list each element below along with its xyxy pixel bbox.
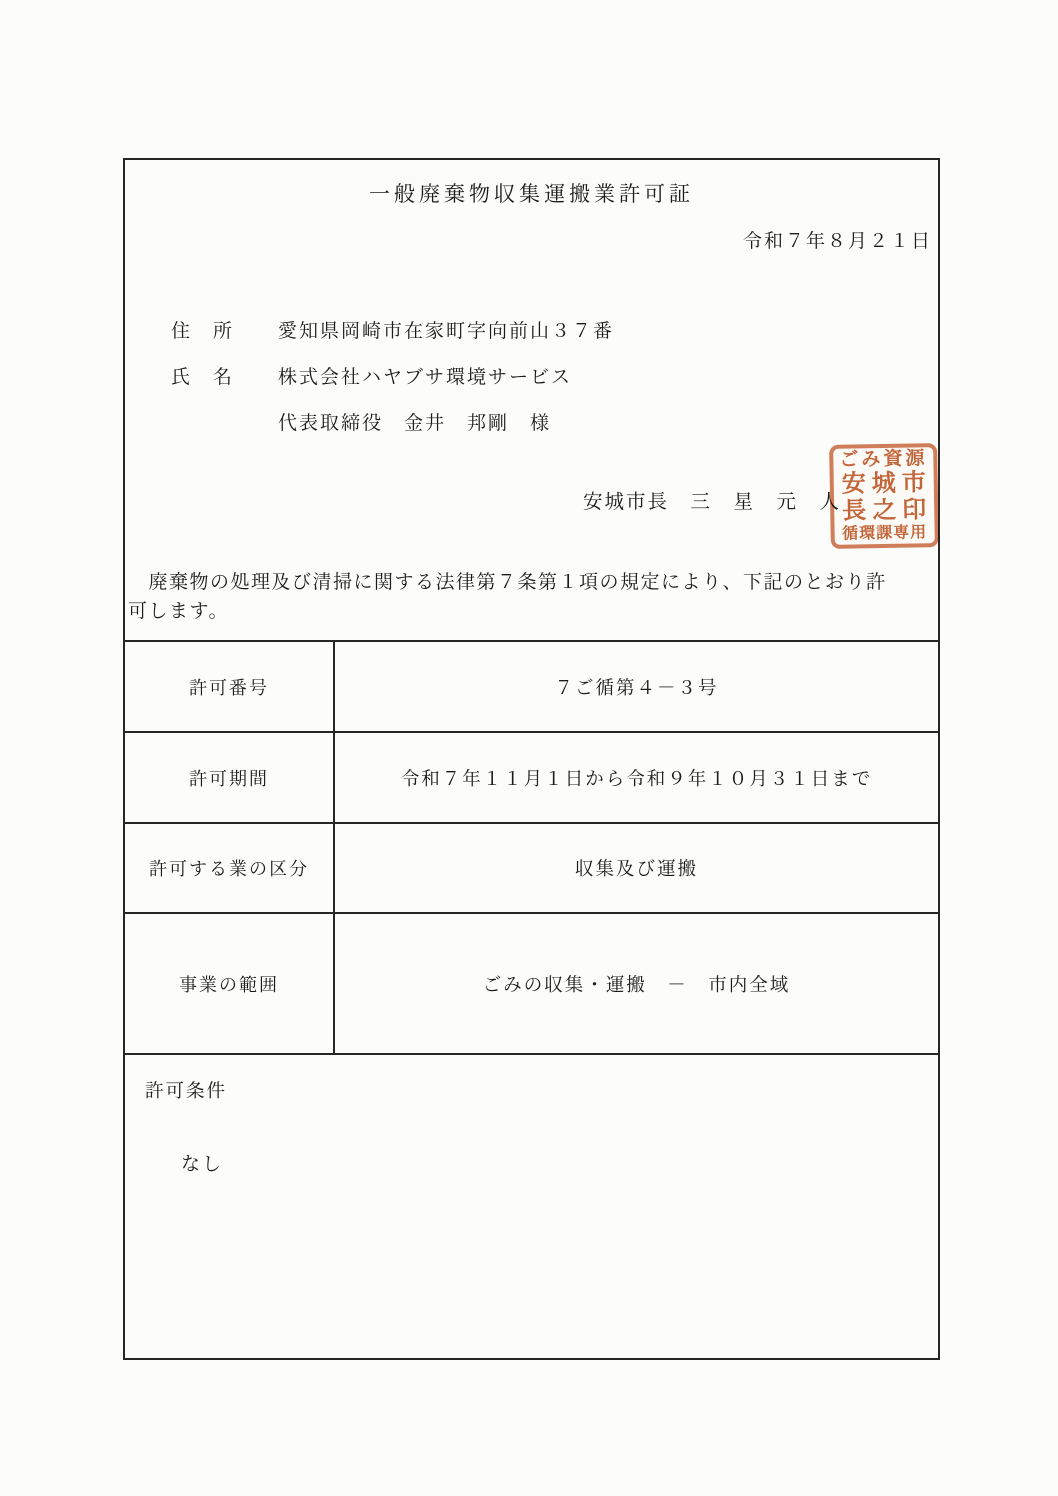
legal-basis-paragraph: 廃棄物の処理及び清掃に関する法律第７条第１項の規定により、下記のとおり許 可しま…: [128, 568, 934, 627]
table-row-permit-period: 許可期間 令和７年１１月１日から令和９年１０月３１日まで: [125, 731, 938, 822]
permit-conditions-value: なし: [181, 1149, 223, 1176]
mayor-signature-line: 安城市長 三 星 元 人: [583, 486, 841, 514]
business-category-label: 許可する業の区分: [125, 824, 335, 912]
permit-certificate-frame: 一般廃棄物収集運搬業許可証 令和７年８月２１日 住 所 愛知県岡崎市在家町字向前…: [123, 158, 940, 1360]
business-scope-label: 事業の範囲: [125, 914, 335, 1053]
document-title: 一般廃棄物収集運搬業許可証: [125, 178, 938, 208]
permit-number-label: 許可番号: [125, 642, 335, 731]
address-value: 愛知県岡崎市在家町字向前山３７番: [278, 316, 614, 343]
table-row-permit-number: 許可番号 ７ご循第４－３号: [125, 640, 938, 731]
permit-details-table: 許可番号 ７ご循第４－３号 許可期間 令和７年１１月１日から令和９年１０月３１日…: [125, 640, 938, 1358]
permit-period-value: 令和７年１１月１日から令和９年１０月３１日まで: [335, 733, 938, 822]
permit-number-value: ７ご循第４－３号: [335, 642, 938, 731]
business-scope-value: ごみの収集・運搬 － 市内全域: [335, 914, 938, 1053]
seal-text-row: 循環課専用: [842, 526, 927, 543]
business-category-value: 収集及び運搬: [335, 824, 938, 912]
table-row-business-scope: 事業の範囲 ごみの収集・運搬 － 市内全域: [125, 912, 938, 1053]
seal-text-row: ごみ資源: [839, 449, 927, 470]
permit-conditions-label: 許可条件: [145, 1077, 227, 1103]
name-label: 氏 名: [171, 362, 234, 389]
seal-text-row: 安城市: [842, 471, 932, 497]
issue-date: 令和７年８月２１日: [743, 226, 932, 253]
scanned-document-page: 一般廃棄物収集運搬業許可証 令和７年８月２１日 住 所 愛知県岡崎市在家町字向前…: [0, 0, 1058, 1496]
representative-value: 代表取締役 金井 邦剛 様: [278, 408, 551, 435]
table-row-business-category: 許可する業の区分 収集及び運搬: [125, 822, 938, 912]
address-label: 住 所: [171, 316, 234, 343]
table-row-permit-conditions: 許可条件 なし: [125, 1053, 938, 1358]
seal-text-row: 長之印: [842, 498, 932, 524]
official-red-seal: ごみ資源 安城市 長之印 循環課専用: [829, 443, 939, 549]
company-name-value: 株式会社ハヤブサ環境サービス: [278, 362, 572, 389]
permit-period-label: 許可期間: [125, 733, 335, 822]
